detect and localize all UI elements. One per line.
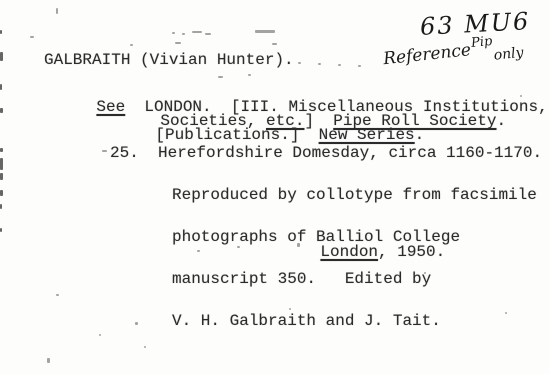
scan-speck xyxy=(0,30,2,34)
entry-line: Reproduced by collotype from facsimile xyxy=(172,188,537,202)
scan-speck xyxy=(192,31,202,33)
scan-speck xyxy=(175,42,181,44)
imprint-place: London xyxy=(320,243,378,261)
see-line2-end: . xyxy=(496,112,506,130)
scan-speck xyxy=(0,148,3,152)
imprint: London, 1950. xyxy=(282,231,445,273)
scan-speck xyxy=(248,74,251,76)
scan-speck xyxy=(520,95,522,97)
scan-speck xyxy=(197,250,200,252)
scan-speck xyxy=(135,322,138,325)
entry-number: 25. xyxy=(110,146,139,160)
scan-speck xyxy=(298,62,301,64)
scan-speck xyxy=(338,64,341,66)
scan-speck xyxy=(47,358,50,363)
scan-speck xyxy=(297,243,300,247)
catalog-card: 63 MU6 ReferencePiponly GALBRAITH (Vivia… xyxy=(0,0,550,374)
scan-speck xyxy=(56,8,58,14)
handwritten-reference-note: ReferencePiponly xyxy=(382,35,523,70)
see-line3-end: . xyxy=(415,126,425,144)
scan-speck xyxy=(0,84,2,90)
entry-line: V. H. Galbraith and J. Tait. xyxy=(172,314,537,328)
scan-speck xyxy=(56,294,59,296)
entry-title: Herefordshire Domesday, circa 1160-1170. xyxy=(158,146,542,160)
note-word-reference: Reference xyxy=(382,40,472,69)
scan-speck xyxy=(255,30,275,33)
scan-speck xyxy=(218,76,223,78)
see-line3-pre: [Publications.] xyxy=(155,126,318,144)
scan-speck xyxy=(0,204,2,209)
scan-speck xyxy=(0,108,3,113)
scan-speck xyxy=(289,308,291,310)
scan-speck xyxy=(505,312,507,314)
scan-speck xyxy=(272,43,277,45)
entry-line: manuscript 350. Edited by xyxy=(172,272,537,286)
scan-speck xyxy=(0,158,3,170)
card-heading: GALBRAITH (Vivian Hunter). xyxy=(44,53,294,67)
scan-speck xyxy=(0,52,3,61)
scan-speck xyxy=(237,246,240,248)
see-line3-series: New Series xyxy=(319,126,415,144)
note-word-only: only xyxy=(493,45,524,64)
scan-speck xyxy=(0,228,2,232)
scan-speck xyxy=(424,272,426,274)
scan-speck xyxy=(205,33,211,35)
scan-speck xyxy=(0,173,3,180)
scan-speck xyxy=(144,346,146,348)
scan-speck xyxy=(318,63,321,65)
scan-speck xyxy=(182,33,185,35)
scan-speck xyxy=(0,190,3,196)
imprint-year: , 1950. xyxy=(378,243,445,261)
note-word-pip: Pip xyxy=(470,34,493,51)
scan-speck xyxy=(99,334,101,336)
scan-speck xyxy=(30,36,34,38)
scan-speck xyxy=(130,44,133,46)
scan-speck xyxy=(172,32,175,34)
scan-speck xyxy=(102,150,107,152)
scan-speck xyxy=(358,65,361,67)
